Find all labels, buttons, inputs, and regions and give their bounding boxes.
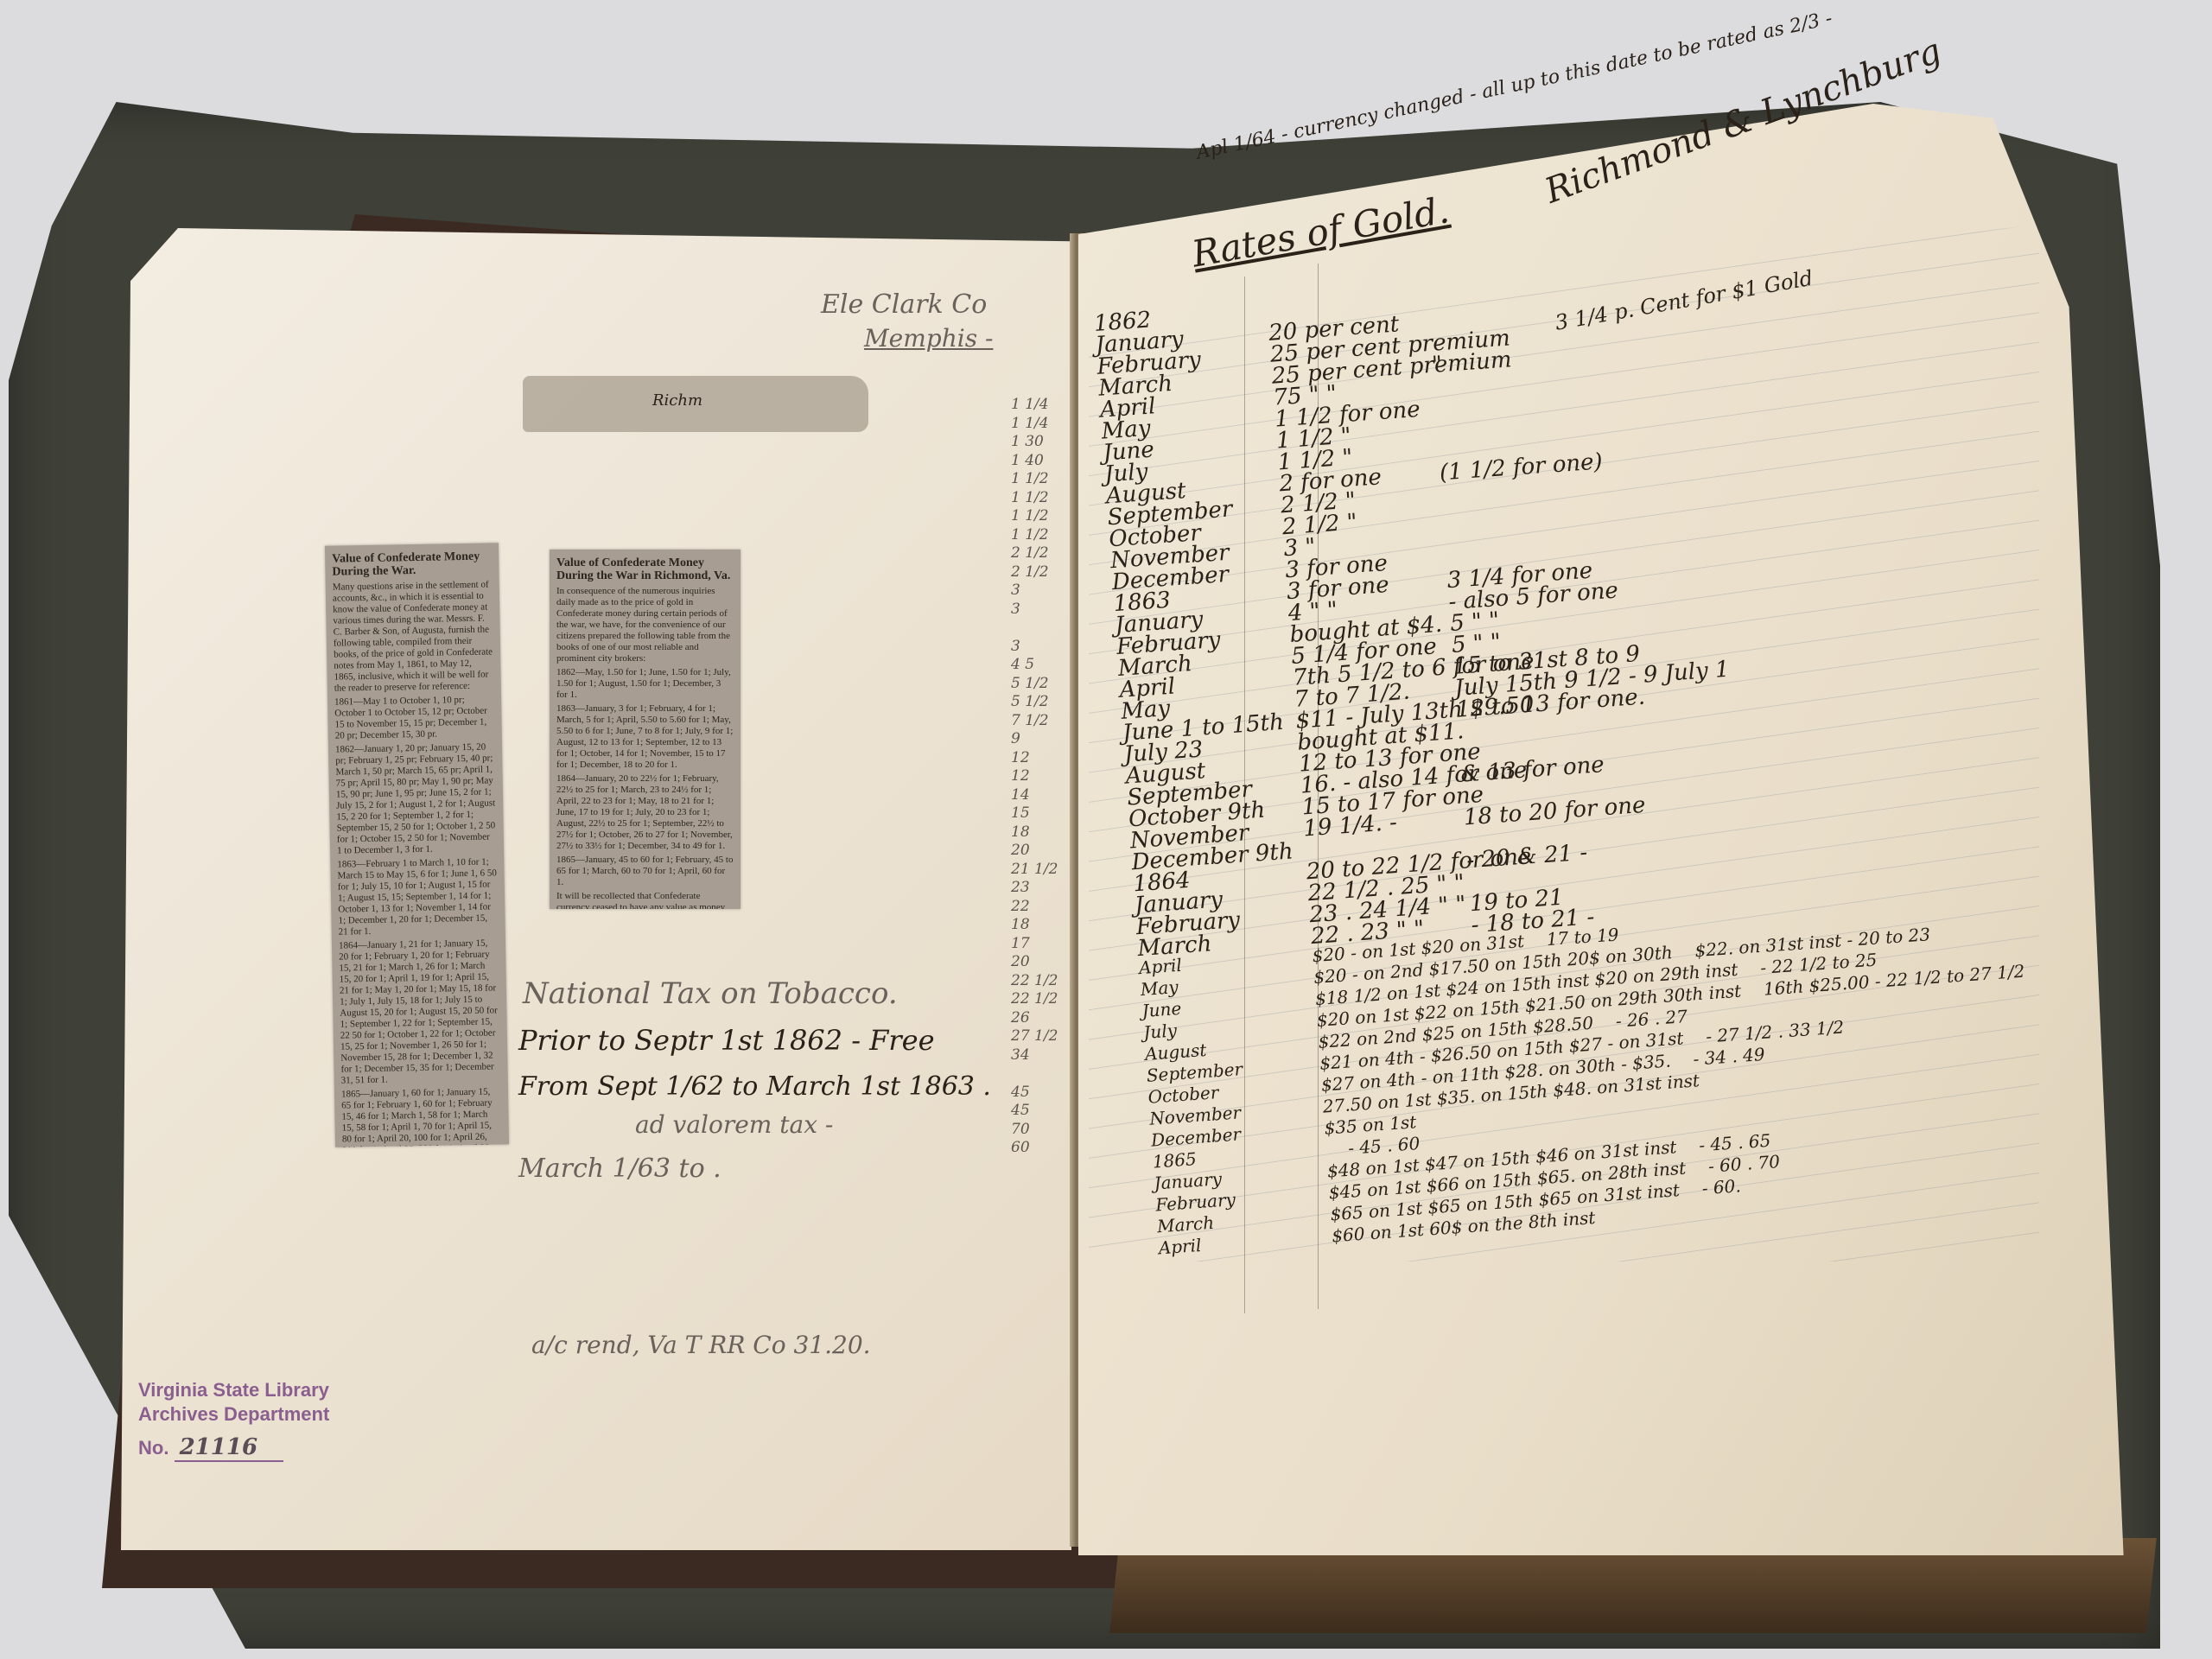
archive-stamp: Virginia State Library Archives Departme… xyxy=(138,1378,329,1460)
clipping-title: Value of Confederate Money During the Wa… xyxy=(332,550,492,578)
photo-scene: Ele Clark Co Memphis - Richm Value of Co… xyxy=(0,0,2212,1659)
clipping-title: Value of Confederate Money During the Wa… xyxy=(556,556,734,582)
tax-note-line2: From Sept 1/62 to March 1st 1863 . xyxy=(518,1071,991,1102)
company-city: Memphis - xyxy=(864,324,993,353)
gold-rate-table: 1862 January20 per cent February25 per c… xyxy=(1093,238,2195,1276)
torn-label-remnant: Richm xyxy=(523,376,868,432)
account-note: a/c rend, Va T RR Co 31.20. xyxy=(531,1331,871,1359)
newspaper-clipping-augusta: Value of Confederate Money During the Wa… xyxy=(325,543,509,1147)
company-header: Ele Clark Co xyxy=(821,289,987,320)
tax-note-title: National Tax on Tobacco. xyxy=(523,976,898,1011)
newspaper-clipping-richmond: Value of Confederate Money During the Wa… xyxy=(550,550,741,909)
accession-number: 21116 xyxy=(175,1434,283,1462)
tax-note-line3: ad valorem tax - xyxy=(635,1110,833,1139)
tax-note-line1: Prior to Septr 1st 1862 - Free xyxy=(518,1024,935,1057)
margin-rate-column: 1 1/41 1/41 301 401 1/21 1/21 1/21 1/22 … xyxy=(1011,396,1058,1158)
tax-note-line4: March 1/63 to . xyxy=(518,1154,721,1184)
